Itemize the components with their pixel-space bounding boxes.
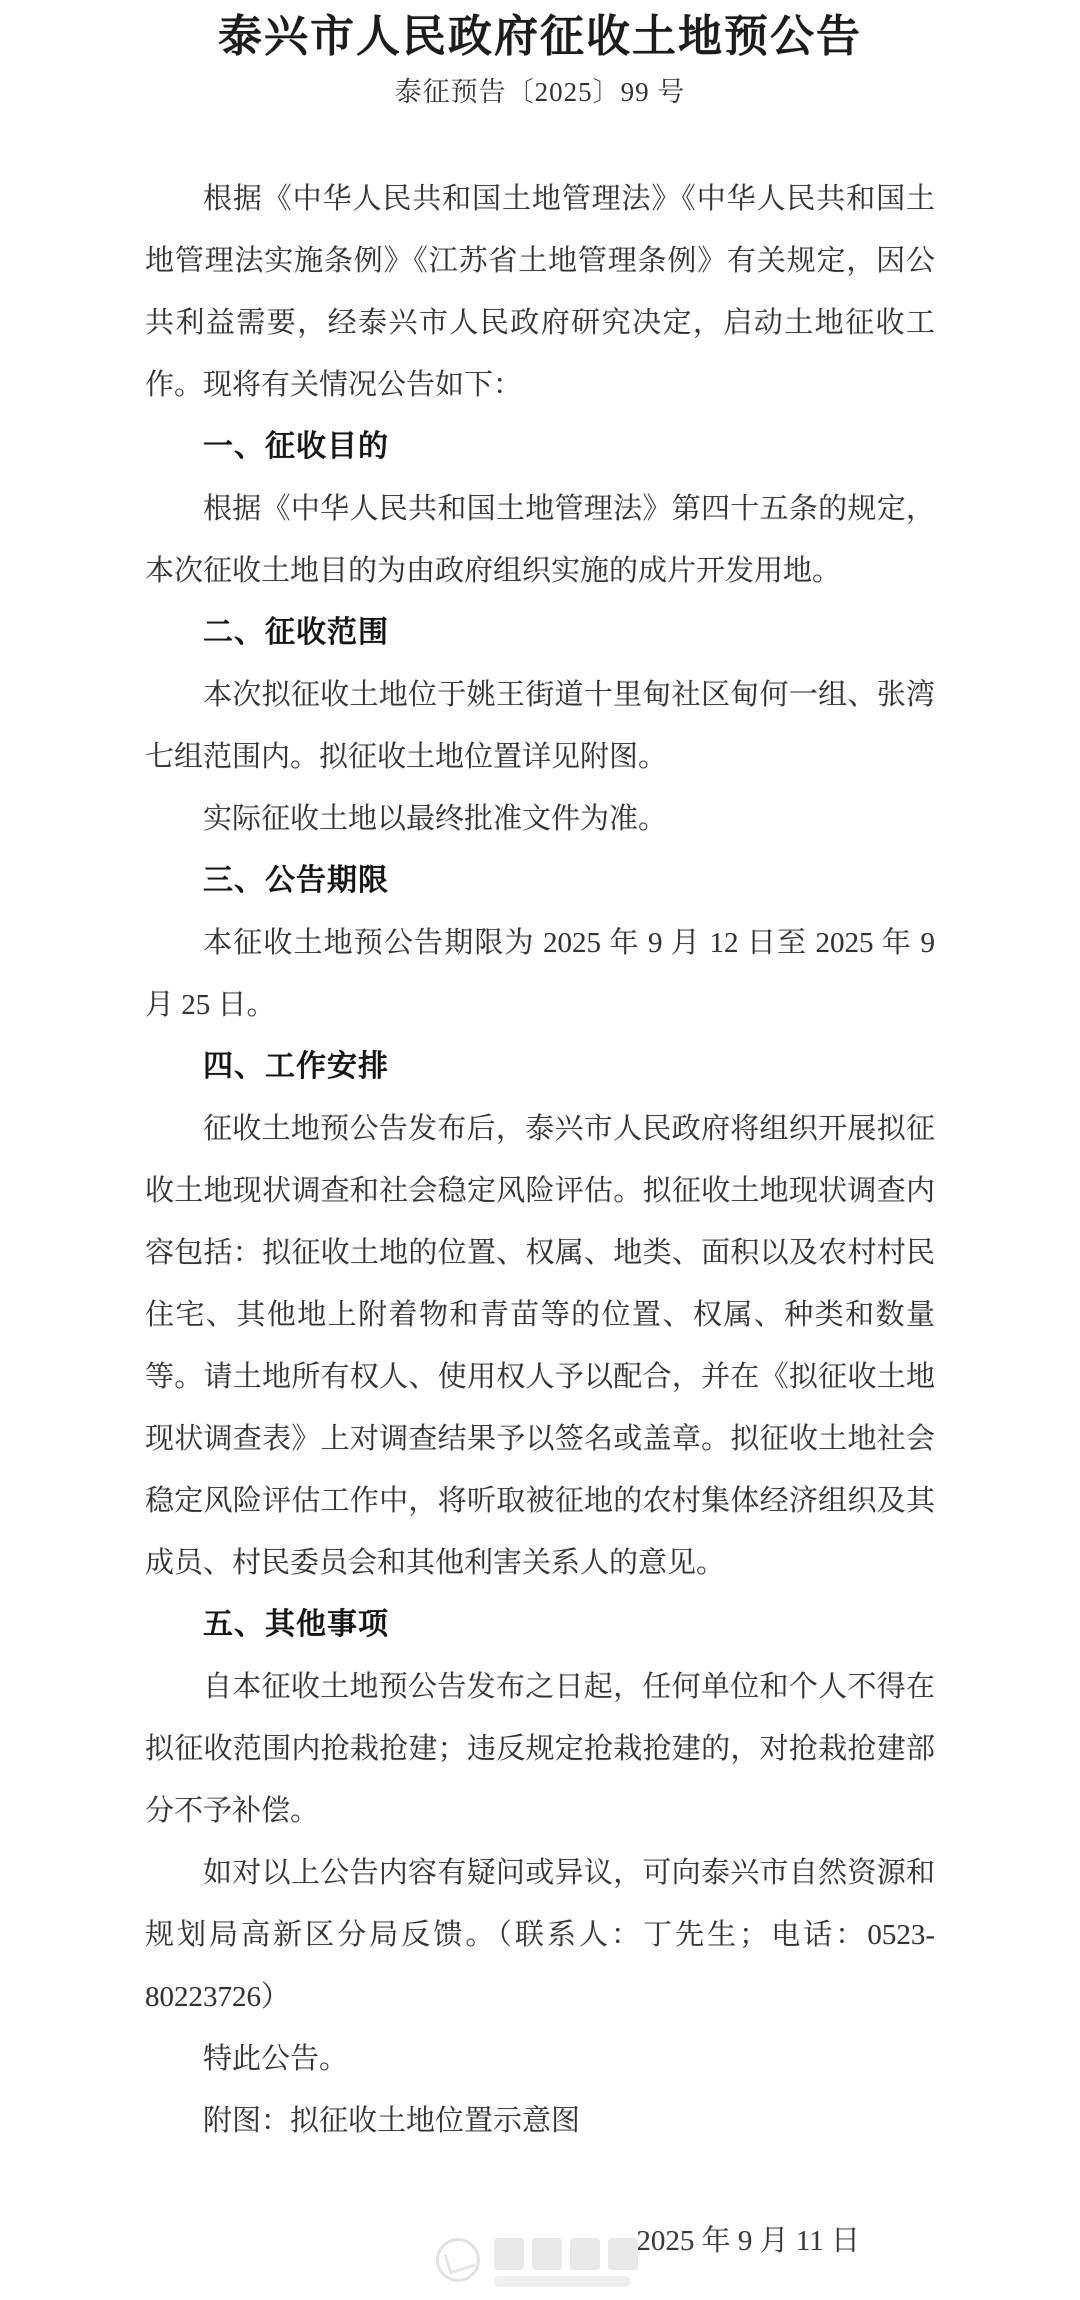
page-title: 泰兴市人民政府征收土地预公告 xyxy=(0,0,1080,62)
body-paragraph: 自本征收土地预公告发布之日起，任何单位和个人不得在拟征收范围内抢栽抢建；违反规定… xyxy=(145,1656,935,1842)
section-heading: 五、其他事项 xyxy=(145,1594,935,1656)
watermark-url-blur xyxy=(494,2276,630,2287)
document-number: 泰征预告〔2025〕99 号 xyxy=(0,76,1080,108)
body-paragraph: 本次拟征收土地位于姚王街道十里甸社区甸何一组、张湾七组范围内。拟征收土地位置详见… xyxy=(145,664,935,788)
body-paragraph: 根据《中华人民共和国土地管理法》《中华人民共和国土地管理法实施条例》《江苏省土地… xyxy=(145,168,935,416)
sign-date-line: 2025 年 9 月 11 日 xyxy=(145,2210,935,2272)
body-paragraph: 特此公告。 xyxy=(145,2028,935,2090)
body-paragraph: 根据《中华人民共和国土地管理法》第四十五条的规定，本次征收土地目的为由政府组织实… xyxy=(145,478,935,602)
section-heading: 一、征收目的 xyxy=(145,416,935,478)
announcement-body: 根据《中华人民共和国土地管理法》《中华人民共和国土地管理法实施条例》《江苏省土地… xyxy=(145,168,935,2152)
section-heading: 四、工作安排 xyxy=(145,1036,935,1098)
section-heading: 三、公告期限 xyxy=(145,850,935,912)
sign-date: 2025 年 9 月 11 日 xyxy=(636,2210,860,2272)
body-paragraph: 附图：拟征收土地位置示意图 xyxy=(145,2090,935,2152)
body-paragraph: 征收土地预公告发布后，泰兴市人民政府将组织开展拟征收土地现状调查和社会稳定风险评… xyxy=(145,1098,935,1594)
body-paragraph: 如对以上公告内容有疑问或异议，可向泰兴市自然资源和规划局高新区分局反馈。（联系人… xyxy=(145,1842,935,2028)
scanned-announcement-page: 泰兴市人民政府征收土地预公告 泰征预告〔2025〕99 号 根据《中华人民共和国… xyxy=(0,0,1080,2300)
body-paragraph: 实际征收土地以最终批准文件为准。 xyxy=(145,788,935,850)
body-paragraph: 本征收土地预公告期限为 2025 年 9 月 12 日至 2025 年 9 月 … xyxy=(145,912,935,1036)
section-heading: 二、征收范围 xyxy=(145,602,935,664)
